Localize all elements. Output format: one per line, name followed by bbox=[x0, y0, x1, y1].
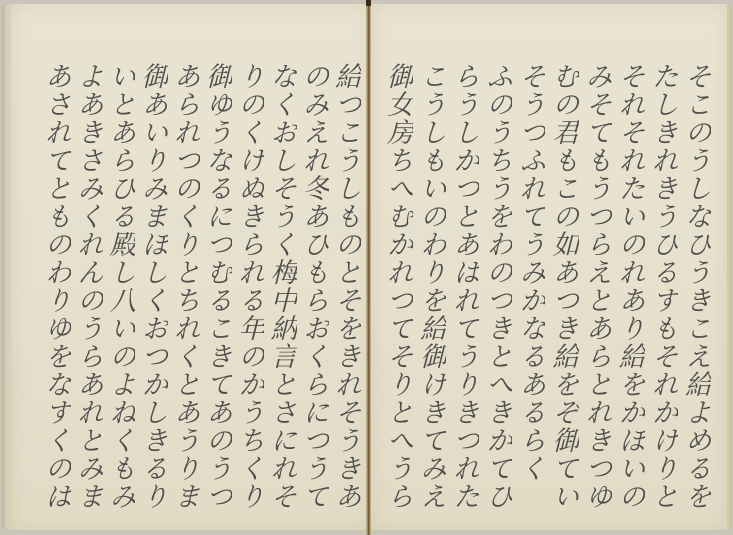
right-page: そこのうしなひうきこえ給よめるを たしきれきうひるすもそれかけりとれく それそれ… bbox=[371, 4, 730, 530]
text-column: こうしもいのわりを給御けきてみえる bbox=[414, 62, 446, 512]
text-column: 給つこうしものとそをきれそうきあいりえ本 bbox=[329, 62, 361, 512]
text-column: みそてもうつらえとあらとれきつゆらそつ bbox=[580, 62, 612, 512]
text-column: あられつのくりとちれくとあうりまらゝ bbox=[168, 62, 200, 512]
left-page: 給つこうしものとそをきれそうきあいりえ本 のみえれ冬あひもらおくらにつうてすをと… bbox=[8, 4, 370, 530]
text-column: むの君もこの如あつき給をぞ御ていとに bbox=[547, 62, 579, 512]
manuscript-spread: 給つこうしものとそをきれそうきあいりえ本 のみえれ冬あひもらおくらにつうてすをと… bbox=[0, 0, 733, 535]
text-column: たしきれきうひるすもそれかけりとれく bbox=[646, 62, 678, 512]
text-column: 御あいりみまほしくおつかしきるりそり bbox=[136, 62, 168, 512]
text-column: そうつふれてうみかなるあるらく bbox=[513, 62, 545, 512]
text-column: のみえれ冬あひもらおくらにつうてすをと bbox=[297, 62, 329, 512]
book-edge-right bbox=[727, 6, 732, 528]
right-page-text: そこのうしなひうきこえ給よめるを たしきれきうひるすもそれかけりとれく それそれ… bbox=[381, 62, 711, 512]
text-column: なくおしそうく梅中納言とさにれそり bbox=[265, 62, 297, 512]
text-column: らうしかつとあはれてうりきつれたらひい bbox=[447, 62, 479, 512]
text-column: 御女房ちへむかれつてそりとへうらつさ bbox=[381, 62, 413, 512]
text-column: そこのうしなひうきこえ給よめるを bbox=[679, 62, 711, 512]
text-column: りのくけぬきられる年のかうちくりやうらう bbox=[232, 62, 264, 512]
text-column: 御ゆうなるにつむるこきてあのうつをてたまよ bbox=[200, 62, 232, 512]
text-column: それそれたいのれあり給をかほいのへと bbox=[613, 62, 645, 512]
text-column: いとあらひる殿し八いのよねくもみむねあく bbox=[103, 62, 135, 512]
text-column: よあきさみくれんのうらあれとみまぬらうら bbox=[71, 62, 103, 512]
text-column: ふのうちうをわのつきとへきかてひるら bbox=[480, 62, 512, 512]
left-page-text: 給つこうしものとそをきれそうきあいりえ本 のみえれ冬あひもらおくらにつうてすをと… bbox=[39, 62, 361, 512]
text-column: あされてとものわりゆをなすくのはしてゆ千 bbox=[39, 62, 71, 512]
